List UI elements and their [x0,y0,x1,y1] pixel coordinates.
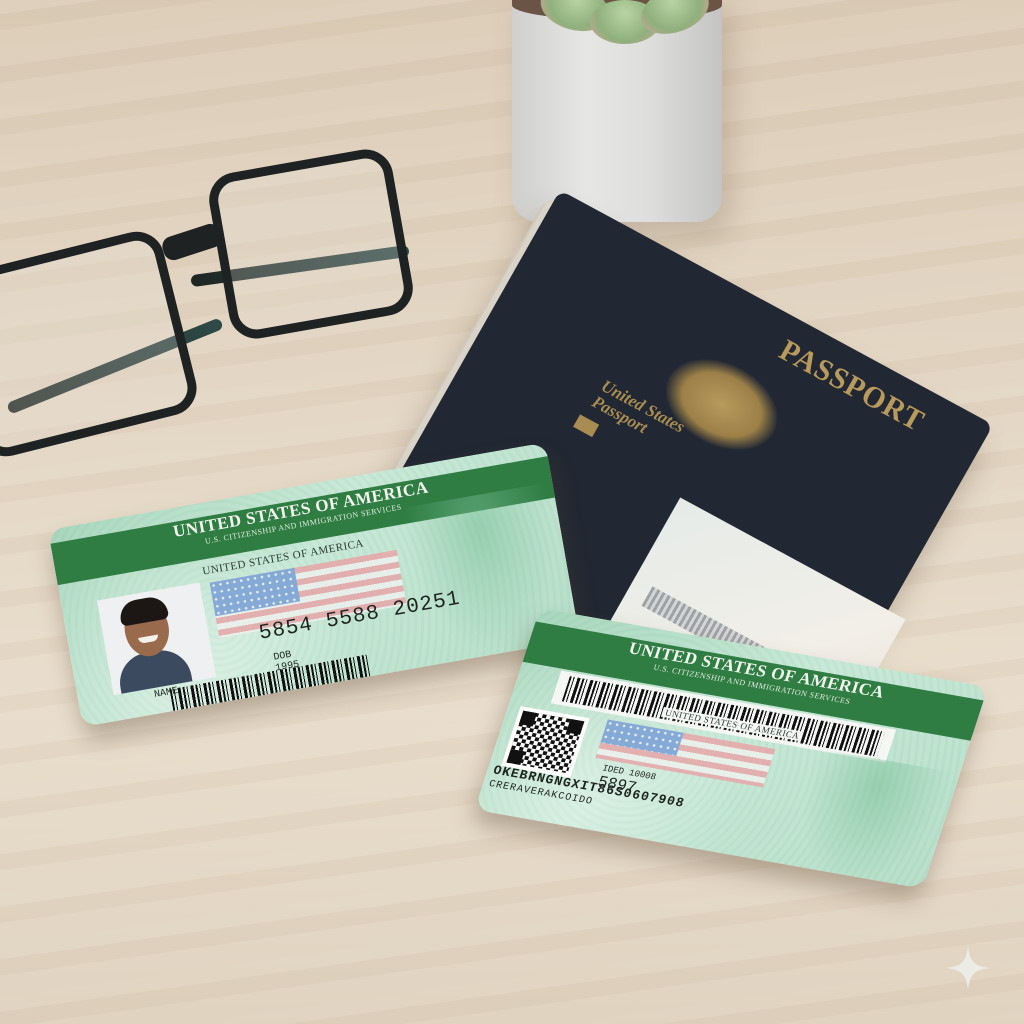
id-card-back: UNITED STATES OF AMERICA U.S. CITIZENSHI… [474,608,988,889]
eyeglasses [0,140,420,450]
glasses-bridge [160,221,224,262]
glasses-lens-right [205,145,417,343]
id-card-front: UNITED STATES OF AMERICA U.S. CITIZENSHI… [48,442,580,727]
sparkle-icon [944,944,992,992]
holder-photo [97,583,216,696]
biometric-chip-icon [573,414,599,437]
glasses-lens-left [0,226,202,462]
statue-of-liberty-watermark [777,748,955,888]
passport-title: PASSPORT [773,333,930,439]
